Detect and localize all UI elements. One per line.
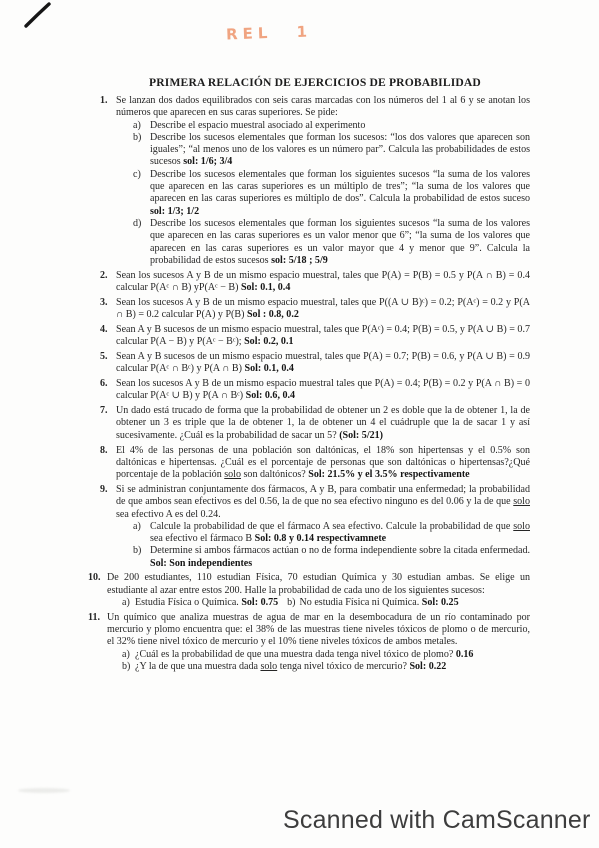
page-title: PRIMERA RELACIÓN DE EJERCICIOS DE PROBAB… bbox=[100, 76, 530, 89]
problem-text: Sean los sucesos A y B de un mismo espac… bbox=[116, 378, 530, 401]
subitem-text: No estudia Física ni Química. bbox=[300, 597, 422, 608]
problem-6: 6.Sean los sucesos A y B de un mismo esp… bbox=[100, 378, 530, 403]
subitem-text: ¿Y la de que una muestra dada bbox=[135, 661, 260, 672]
problem-1: 1. Se lanzan dos dados equilibrados con … bbox=[100, 95, 530, 267]
problem-text-underlined: solo bbox=[513, 496, 530, 507]
subitem-label: d) bbox=[133, 218, 141, 230]
subitem-a: a)¿Cuál es la probabilidad de que una mu… bbox=[122, 649, 530, 661]
problem-number: 6. bbox=[100, 378, 108, 390]
problem-solution: Sol: 21.5% y el 3.5% respectivamente bbox=[308, 469, 469, 480]
subitem-label: b) bbox=[122, 661, 130, 673]
subitem-text: Describe los sucesos elementales que for… bbox=[150, 218, 530, 266]
problem-text: Si se administran conjuntamente dos fárm… bbox=[116, 484, 530, 507]
problem-text: Un químico que analiza muestras de agua … bbox=[107, 612, 530, 648]
problem-number: 8. bbox=[100, 445, 108, 457]
scanned-document-page: REL 1 PRIMERA RELACIÓN DE EJERCICIOS DE … bbox=[0, 0, 599, 848]
problem-text: Se lanzan dos dados equilibrados con sei… bbox=[116, 95, 530, 118]
subitem-text: ¿Cuál es la probabilidad de que una mues… bbox=[135, 649, 456, 660]
problem-number: 2. bbox=[100, 270, 108, 282]
subitem-label: b) bbox=[133, 545, 141, 557]
subitem-text: Describe los sucesos elementales que for… bbox=[150, 169, 530, 205]
problem-11-items: a)¿Cuál es la probabilidad de que una mu… bbox=[122, 649, 530, 674]
subitem-solution: Sol: 0.8 y 0.14 respectivamnete bbox=[255, 533, 387, 544]
problem-9: 9.Si se administran conjuntamente dos fá… bbox=[100, 484, 530, 570]
problem-number: 10. bbox=[88, 572, 101, 584]
problem-8: 8.El 4% de las personas de una población… bbox=[100, 445, 530, 482]
problem-10-items: a)Estudia Física o Química. Sol: 0.75b)N… bbox=[122, 597, 530, 609]
problem-number: 9. bbox=[100, 484, 108, 496]
subitem-solution: 0.16 bbox=[456, 649, 474, 660]
subitem-d: d)Describe los sucesos elementales que f… bbox=[133, 218, 530, 267]
problem-solution: Sol: 0.1, 0.4 bbox=[241, 282, 290, 293]
subitem-text-underlined: solo bbox=[260, 661, 277, 672]
problem-text-underlined: solo bbox=[224, 469, 241, 480]
problem-solution: (Sol: 5/21) bbox=[339, 430, 383, 441]
subitem-a: a)Calcule la probabilidad de que el fárm… bbox=[133, 521, 530, 546]
subitem-c: c)Describe los sucesos elementales que f… bbox=[133, 169, 530, 218]
subitem-solution: Sol: Son independientes bbox=[150, 558, 252, 569]
problem-text-post: sea efectivo A es del 0.24. bbox=[116, 509, 221, 520]
subitem-label: a) bbox=[122, 649, 130, 661]
problem-2: 2.Sean los sucesos A y B de un mismo esp… bbox=[100, 270, 530, 295]
subitem-solution: sol: 1/6; 3/4 bbox=[183, 156, 232, 167]
problem-10: 10.De 200 estudiantes, 110 estudian Físi… bbox=[88, 572, 530, 609]
problem-text: Sean los sucesos A y B de un mismo espac… bbox=[116, 297, 530, 320]
subitem-label: b) bbox=[287, 597, 295, 608]
problem-solution: Sol: 0.2, 0.1 bbox=[244, 336, 293, 347]
problem-5: 5.Sean A y B sucesos de un mismo espacio… bbox=[100, 351, 530, 376]
subitem-solution: Sol: 0.25 bbox=[422, 597, 459, 608]
problem-text-post: son daltónicos? bbox=[241, 469, 308, 480]
problem-text: Sean los sucesos A y B de un mismo espac… bbox=[116, 270, 530, 293]
problem-solution: Sol: 0.6, 0.4 bbox=[246, 390, 295, 401]
subitem-solution: sol: 5/18 ; 5/9 bbox=[271, 255, 328, 266]
problem-text: Sean A y B sucesos de un mismo espacio m… bbox=[116, 324, 530, 347]
problem-7: 7.Un dado está trucado de forma que la p… bbox=[100, 405, 530, 442]
subitem-solution: sol: 1/3; 1/2 bbox=[150, 206, 199, 217]
problem-number: 3. bbox=[100, 297, 108, 309]
problem-11: 11.Un químico que analiza muestras de ag… bbox=[88, 612, 530, 673]
problem-text: Sean A y B sucesos de un mismo espacio m… bbox=[116, 351, 530, 374]
subitem-text: Estudia Física o Química. bbox=[135, 597, 241, 608]
subitem-label: a) bbox=[122, 597, 130, 609]
problem-9-items: a)Calcule la probabilidad de que el fárm… bbox=[133, 521, 530, 570]
subitem-b: b)Describe los sucesos elementales que f… bbox=[133, 132, 530, 169]
subitem-label: c) bbox=[133, 169, 141, 181]
pencil-smudge bbox=[18, 788, 70, 793]
subitem-b: b)¿Y la de que una muestra dada solo ten… bbox=[122, 661, 530, 673]
subitem-text: Describe el espacio muestral asociado al… bbox=[150, 120, 365, 131]
document-body: PRIMERA RELACIÓN DE EJERCICIOS DE PROBAB… bbox=[100, 76, 530, 673]
problem-text: De 200 estudiantes, 110 estudian Física,… bbox=[107, 572, 530, 595]
problem-3: 3.Sean los sucesos A y B de un mismo esp… bbox=[100, 297, 530, 322]
problem-number: 4. bbox=[100, 324, 108, 336]
subitem-label: a) bbox=[133, 120, 141, 132]
problem-number: 1. bbox=[100, 95, 108, 107]
subitem-text-underlined: solo bbox=[513, 521, 530, 532]
problem-number: 5. bbox=[100, 351, 108, 363]
problem-text: Un dado está trucado de forma que la pro… bbox=[116, 405, 530, 441]
problem-4: 4.Sean A y B sucesos de un mismo espacio… bbox=[100, 324, 530, 349]
handwritten-rel-label: REL 1 bbox=[226, 23, 313, 44]
subitem-text: Calcule la probabilidad de que el fármac… bbox=[150, 521, 513, 532]
subitem-a: a)Describe el espacio muestral asociado … bbox=[133, 120, 530, 132]
problem-solution: Sol : 0.8, 0.2 bbox=[247, 309, 299, 320]
subitem-solution: Sol: 0.22 bbox=[409, 661, 446, 672]
camscanner-watermark: Scanned with CamScanner bbox=[283, 806, 591, 835]
pen-stroke-mark bbox=[0, 0, 62, 34]
problem-1-items: a)Describe el espacio muestral asociado … bbox=[133, 120, 530, 268]
subitem-text-post: tenga nivel tóxico de mercurio? bbox=[277, 661, 409, 672]
subitem-text: Determine si ambos fármacos actúan o no … bbox=[150, 545, 530, 556]
subitem-label: b) bbox=[133, 132, 141, 144]
subitem-b: b)Determine si ambos fármacos actúan o n… bbox=[133, 545, 530, 570]
subitem-solution: Sol: 0.75 bbox=[241, 597, 278, 608]
problem-number: 11. bbox=[88, 612, 100, 624]
problem-solution: Sol: 0.1, 0.4 bbox=[244, 363, 293, 374]
problem-number: 7. bbox=[100, 405, 108, 417]
subitems-ab-row: a)Estudia Física o Química. Sol: 0.75b)N… bbox=[122, 597, 530, 609]
subitem-label: a) bbox=[133, 521, 141, 533]
subitem-text-post: sea efectivo el fármaco B bbox=[150, 533, 255, 544]
